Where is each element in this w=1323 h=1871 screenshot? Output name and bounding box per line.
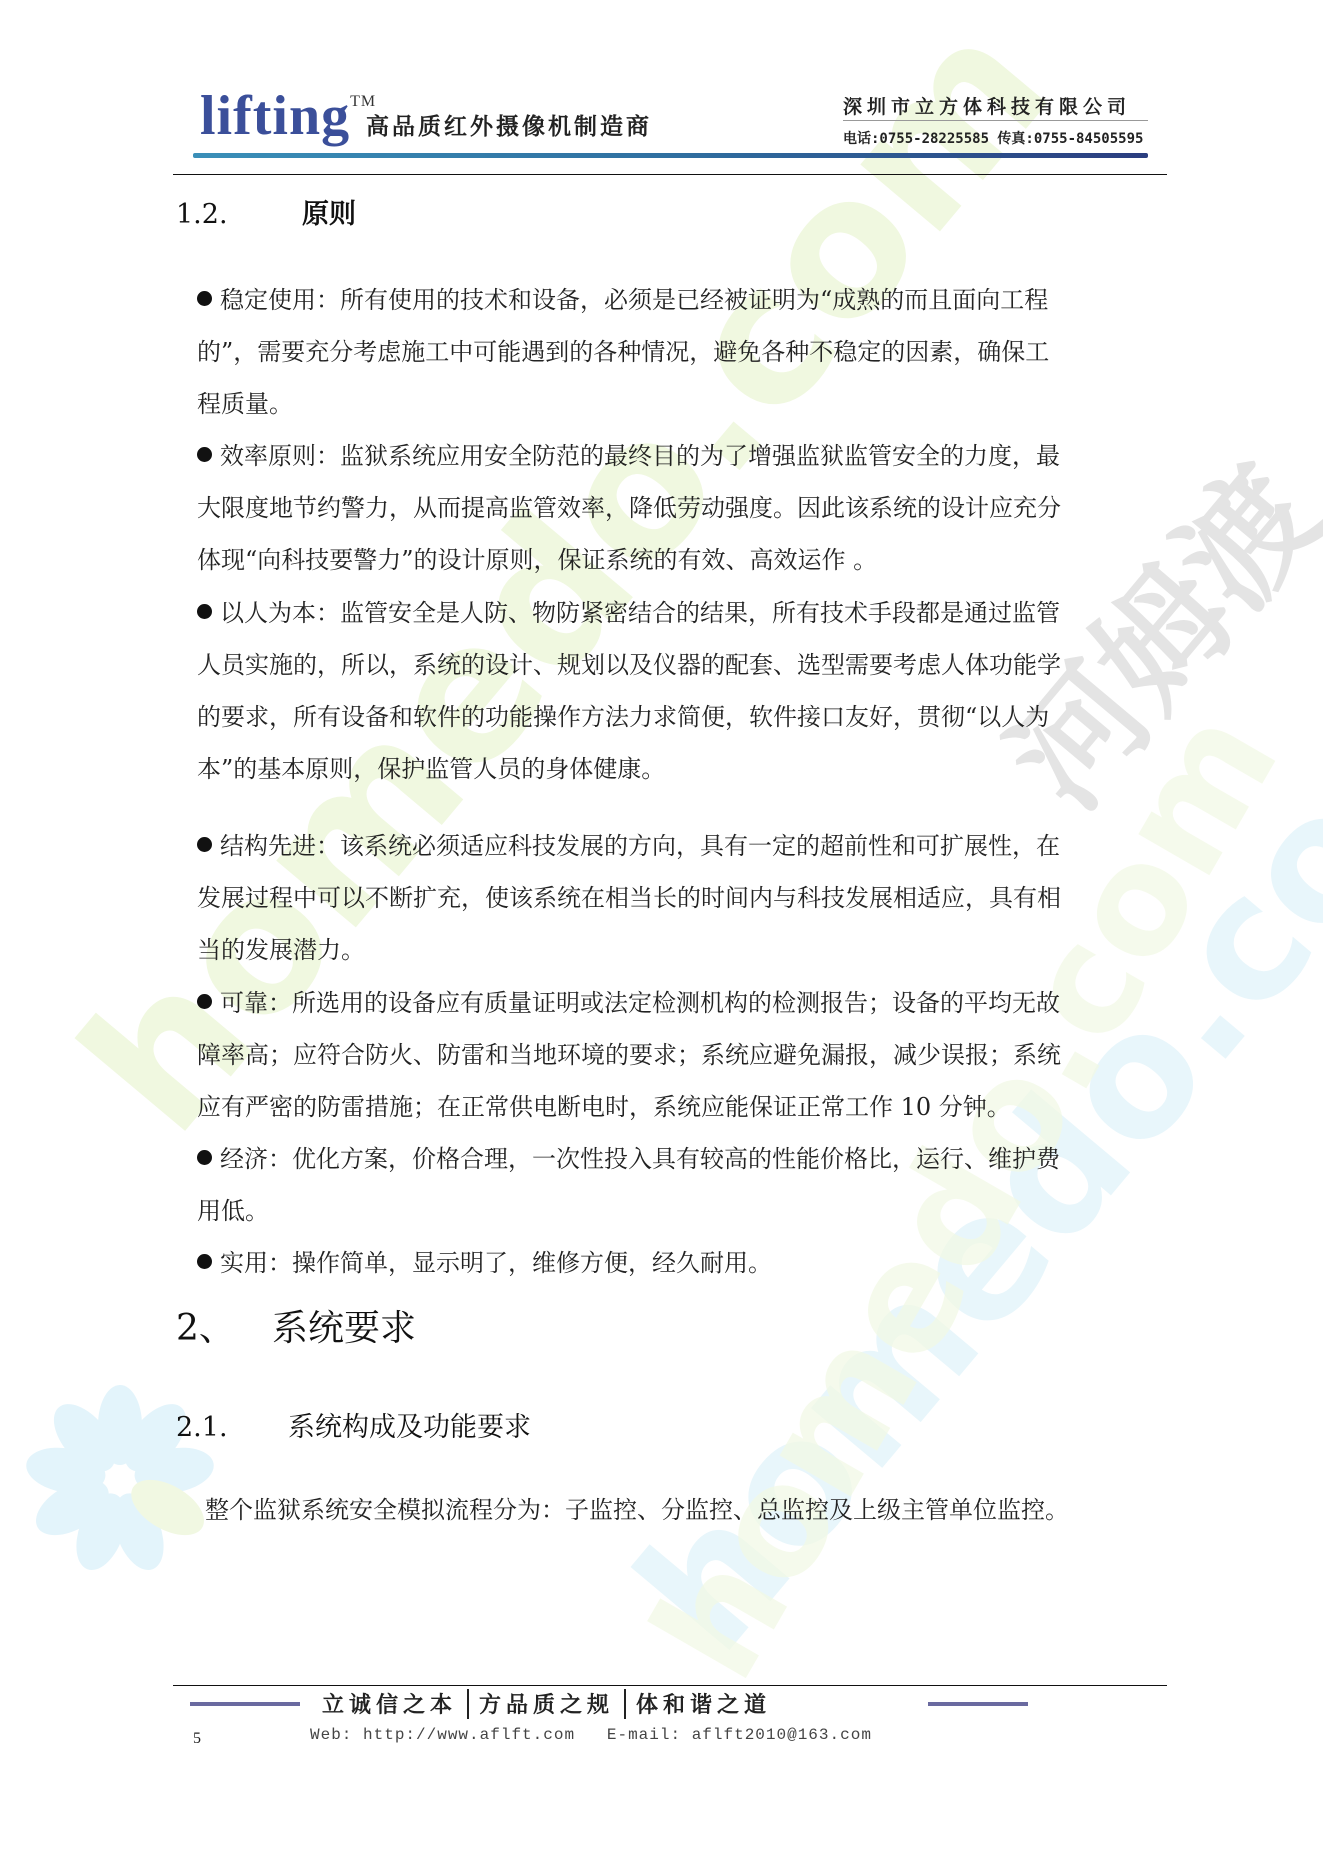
company-name: 深圳市立方体科技有限公司: [843, 92, 1131, 119]
section-number: 2.1.: [176, 1412, 288, 1443]
bullet-advanced-structure: 结构先进：该系统必须适应科技发展的方向，具有一定的超前性和可扩展性，在 发展过程…: [197, 820, 1167, 976]
header-contact: 电话:0755-28225585 传真:0755-84505595: [843, 128, 1143, 148]
section-number: 2、: [176, 1300, 272, 1351]
header-accent-bar: [193, 153, 1148, 158]
bullet-icon: [197, 837, 212, 852]
email-label: E-mail:: [607, 1726, 681, 1744]
bullet-icon: [197, 994, 212, 1009]
footer-motto-line-right: [928, 1702, 1028, 1706]
composition-paragraph: 整个监狱系统安全模拟流程分为：子监控、分监控、总监控及上级主管单位监控。: [205, 1484, 1175, 1536]
footer-contact: Web: http://www.aflft.com E-mail: aflft2…: [310, 1726, 872, 1744]
bullet-icon: [197, 604, 212, 619]
header-slogan: 高品质红外摄像机制造商: [366, 108, 652, 141]
company-divider: [843, 120, 1148, 121]
section-title: 系统要求: [272, 1308, 416, 1349]
motto-separator: [467, 1689, 469, 1719]
bullet-efficiency: 效率原则：监狱系统应用安全防范的最终目的为了增强监狱监管安全的力度，最 大限度地…: [197, 430, 1167, 586]
bullet-icon: [197, 447, 212, 462]
email-link[interactable]: aflft2010@163.com: [692, 1726, 872, 1744]
motto-item: 体和谐之道: [636, 1688, 771, 1719]
bullet-economic: 经济：优化方案，价格合理，一次性投入具有较高的性能价格比，运行、维护费 用低。: [197, 1133, 1167, 1237]
bullet-icon: [197, 1254, 212, 1269]
bullet-stable-use: 稳定使用：所有使用的技术和设备，必须是已经被证明为“成熟的而且面向工程 的”，需…: [197, 274, 1167, 430]
footer-rule: [173, 1685, 1167, 1686]
bullet-reliable: 可靠：所选用的设备应有质量证明或法定检测机构的检测报告；设备的平均无故 障率高；…: [197, 977, 1167, 1133]
section-heading-system-requirements: 2、系统要求: [176, 1300, 416, 1351]
section-heading-composition: 2.1.系统构成及功能要求: [176, 1405, 531, 1444]
section-title: 系统构成及功能要求: [288, 1412, 531, 1443]
motto-separator: [624, 1689, 626, 1719]
motto-item: 立诚信之本: [322, 1688, 457, 1719]
footer-motto: 立诚信之本 方品质之规 体和谐之道: [322, 1688, 771, 1719]
web-link[interactable]: http://www.aflft.com: [363, 1726, 575, 1744]
section-heading-principles: 1.2.原则: [176, 192, 356, 231]
bullet-icon: [197, 291, 212, 306]
company-logo: liftingTM: [200, 88, 376, 144]
bullet-icon: [197, 1150, 212, 1165]
web-label: Web:: [310, 1726, 352, 1744]
logo-text: lifting: [200, 85, 350, 147]
bullet-practical: 实用：操作简单，显示明了，维修方便，经久耐用。: [197, 1237, 1167, 1289]
bullet-people-oriented: 以人为本：监管安全是人防、物防紧密结合的结果，所有技术手段都是通过监管 人员实施…: [197, 587, 1167, 795]
header-rule: [173, 174, 1167, 175]
motto-item: 方品质之规: [479, 1688, 614, 1719]
footer-motto-line-left: [190, 1702, 300, 1706]
section-title: 原则: [302, 199, 356, 230]
section-number: 1.2.: [176, 199, 302, 230]
page-number: 5: [193, 1730, 201, 1748]
